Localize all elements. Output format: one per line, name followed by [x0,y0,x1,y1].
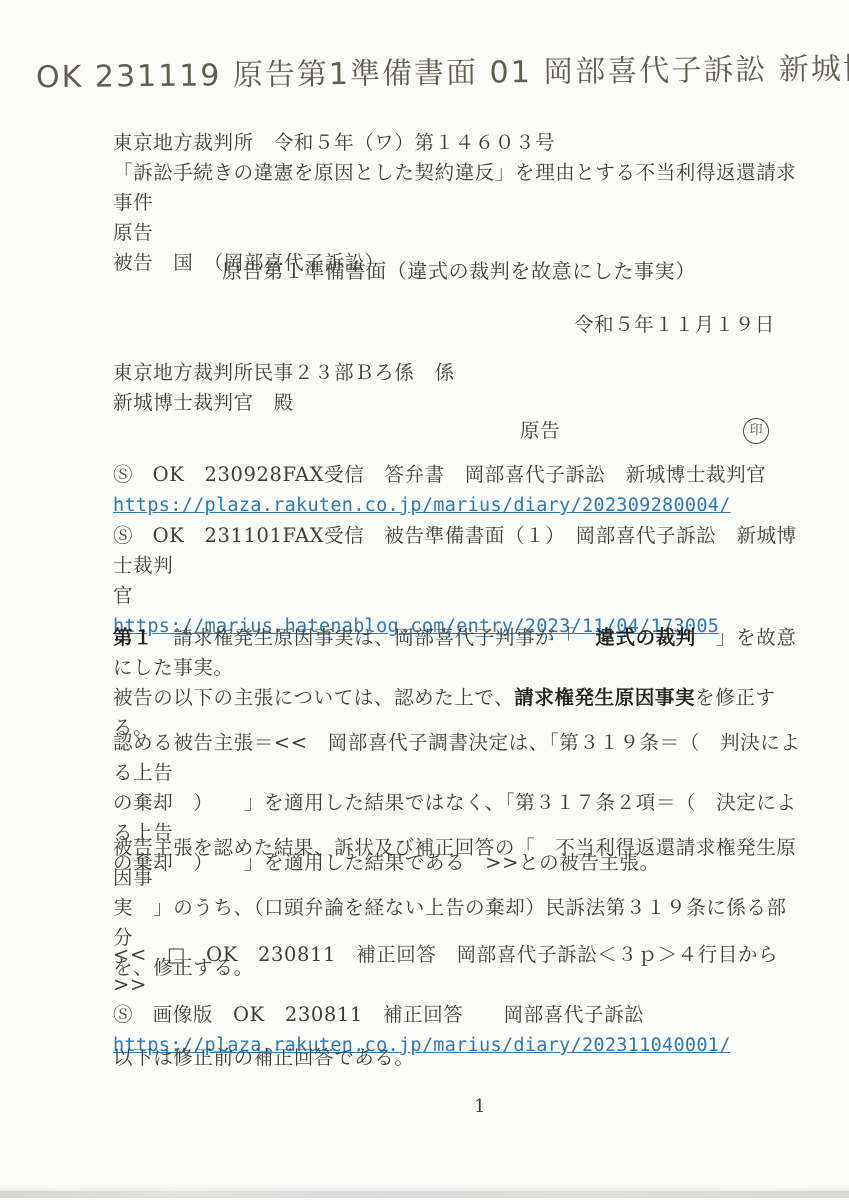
circled-s-icon: Ⓢ [113,463,133,486]
claim-section: 第１ 請求権発生原因事実は、岡部喜代子判事が「 違式の裁判 」を故意にした事実。… [113,623,803,743]
fax-reference-2-text-line2: 官 [113,584,133,607]
fax-reference-1-text: OK 230928FAX受信 答弁書 岡部喜代子訴訟 新城博士裁判官 [133,463,767,486]
claim-sentence-1: 第１ 請求権発生原因事実は、岡部喜代子判事が「 違式の裁判 」を故意にした事実。 [113,623,803,683]
circled-s-icon: Ⓢ [113,1003,133,1026]
document-date: 令和５年１１月１９日 [113,310,803,340]
fax-reference-2-text-line1: OK 231101FAX受信 被告準備書面（１） 岡部喜代子訴訟 新城博士裁判 [113,524,797,577]
case-title-line: 「訴訟手続きの違憲を原因とした契約違反」を理由とする不当利得返還請求事件 [113,158,803,218]
image-version-reference: Ⓢ 画像版 OK 230811 補正回答 岡部喜代子訴訟 [113,1000,803,1030]
claim2-bold-phrase: 請求権発生原因事実 [514,686,695,709]
claim-bold-phrase: 違式の裁判 [595,626,696,649]
reference-link-1[interactable]: https://plaza.rakuten.co.jp/marius/diary… [113,495,731,516]
seal-stamp-icon: 印 [743,418,769,444]
footer-note: 以下は修正前の補正回答である。 [113,1043,803,1073]
plaintiff-signature-label: 原告 [520,416,560,446]
fax-reference-block: Ⓢ OK 230928FAX受信 答弁書 岡部喜代子訴訟 新城博士裁判官 htt… [113,460,803,642]
handwritten-annotation: OK 231119 原告第1準備書面 01 岡部喜代子訴訟 新城博士裁判官 [36,44,836,96]
signature-row: 原告 印 [113,416,803,448]
claim2-text-1: 被告の以下の主張については、認めた上で、 [113,686,514,709]
admission-line-1: 認める被告主張＝<< 岡部喜代子調書決定は、「第３１９条＝（ 判決による上告 [113,728,803,788]
judge-line: 新城博士裁判官 殿 [113,388,803,418]
addressee-block: 東京地方裁判所民事２３部Ｂろ係 係 新城博士裁判官 殿 [113,358,803,418]
page-number: 1 [113,1092,803,1122]
claim-text-1: 請求権発生原因事実は、岡部喜代子判事が「 [153,626,595,649]
court-division-line: 東京地方裁判所民事２３部Ｂろ係 係 [113,358,803,388]
footer-note-block: 以下は修正前の補正回答である。 [113,1043,803,1073]
date-block: 令和５年１１月１９日 [113,310,803,340]
document-title: 原告第１準備書面（違式の裁判を故意にした事実） [113,256,803,286]
quote-reference: << □ OK 230811 補正回答 岡部喜代子訴訟＜３ｐ＞４行目から >> [113,940,803,1000]
page-number-block: 1 [113,1092,803,1122]
plaintiff-line: 原告 [113,218,803,248]
circled-s-icon: Ⓢ [113,524,133,547]
case-number-line: 東京地方裁判所 令和５年（ワ）第１４６０３号 [113,128,803,158]
fax-reference-1: Ⓢ OK 230928FAX受信 答弁書 岡部喜代子訴訟 新城博士裁判官 [113,460,803,490]
image-version-text: 画像版 OK 230811 補正回答 岡部喜代子訴訟 [133,1003,645,1026]
scan-edge-fade [0,1183,849,1191]
section-number: 第１ [113,626,153,649]
scan-bottom-edge [0,1191,849,1198]
result-line-1: 被告主張を認めた結果、訴状及び補正回答の「 不当利得返還請求権発生原因事 [113,833,803,893]
document-title-block: 原告第１準備書面（違式の裁判を故意にした事実） [113,256,803,286]
fax-reference-2: Ⓢ OK 231101FAX受信 被告準備書面（１） 岡部喜代子訴訟 新城博士裁… [113,521,803,611]
